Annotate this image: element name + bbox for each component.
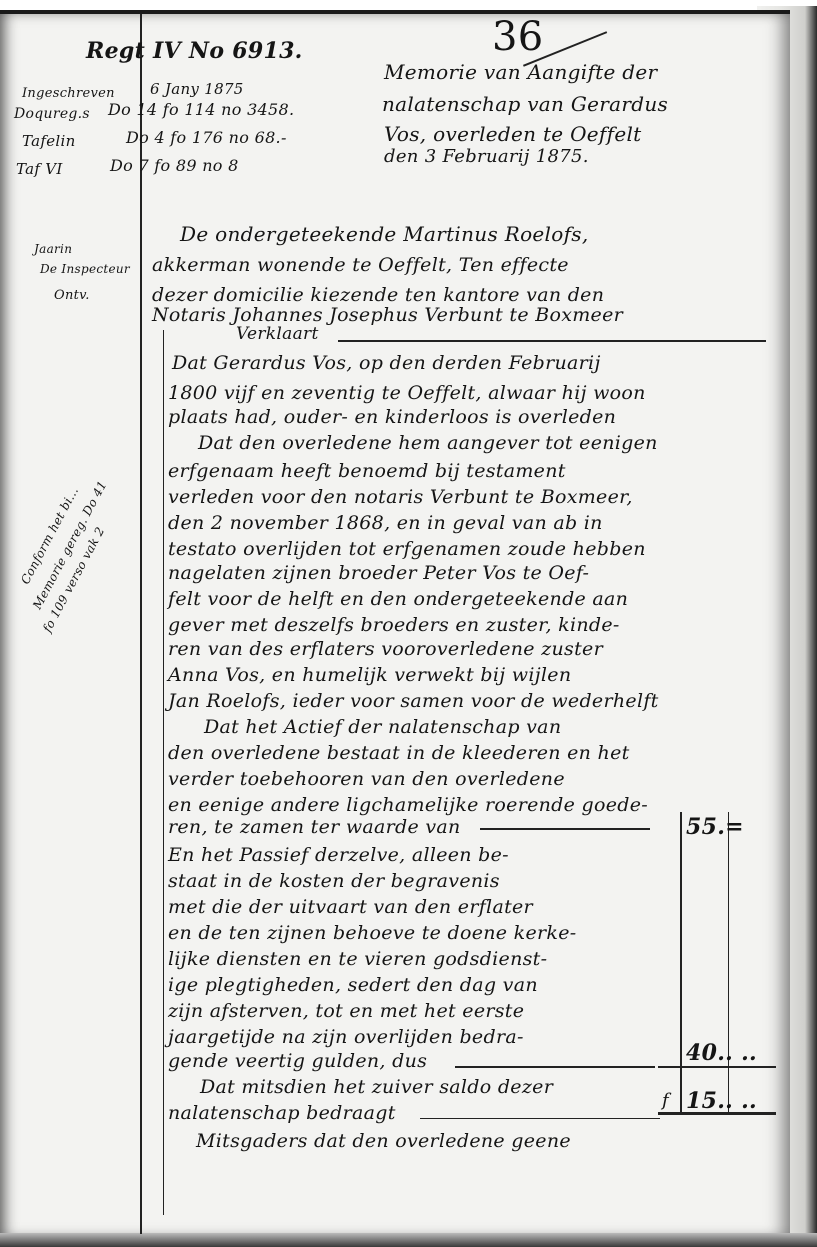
margin-note-signature: Jaarin <box>34 242 72 256</box>
body-line: gende veertig gulden, dus <box>168 1050 427 1072</box>
body-line: ren, te zamen ter waarde van <box>168 816 461 838</box>
body-line: met die der uitvaart van den erflater <box>168 896 533 918</box>
body-line: en de ten zijnen behoeve te doene kerke- <box>168 922 577 944</box>
body-line: erfgenaam heeft benoemd bij testament <box>168 460 566 482</box>
body-line: dezer domicilie kiezende ten kantore van… <box>152 284 604 306</box>
page-bottom-edge <box>0 1233 817 1247</box>
body-line: Anna Vos, en humelijk verwekt bij wijlen <box>168 664 571 686</box>
body-line: lijke diensten en te vieren godsdienst- <box>168 948 547 970</box>
margin-note-signature: Ontv. <box>54 288 90 303</box>
title-line: Vos, overleden te Oeffelt <box>384 122 642 146</box>
body-line: ige plegtigheden, sedert den dag van <box>168 974 538 996</box>
body-line: staat in de kosten der begravenis <box>168 870 500 892</box>
register-line-label: Taf VI <box>16 160 63 178</box>
register-line-label: Ingeschreven <box>22 86 115 101</box>
body-line: zijn afsterven, tot en met het eerste <box>168 1000 524 1022</box>
amount-passief: 40.. .. <box>686 1040 757 1066</box>
register-number: Regt IV No 6913. <box>86 38 303 64</box>
body-line: ren van des erflaters vooroverledene zus… <box>168 638 603 660</box>
register-line-label: Tafelin <box>22 132 76 150</box>
margin-note-signature: De Inspecteur <box>40 262 130 276</box>
register-line-value: Do 4 fo 176 no 68.- <box>126 128 287 147</box>
body-line: nagelaten zijnen broeder Peter Vos te Oe… <box>168 562 589 584</box>
body-line: jaargetijde na zijn overlijden bedra- <box>168 1026 524 1048</box>
body-line: testato overlijden tot erfgenamen zoude … <box>168 538 646 560</box>
body-line: Dat mitsdien het zuiver saldo dezer <box>200 1076 553 1098</box>
register-line-value: Do 14 fo 114 no 3458. <box>108 100 294 119</box>
body-line: den 2 november 1868, en in geval van ab … <box>168 512 603 534</box>
body-line: felt voor de helft en den ondergeteekend… <box>168 588 628 610</box>
passief-total-rule <box>658 1066 776 1068</box>
register-line-value: 6 Jany 1875 <box>150 80 244 98</box>
register-line-value: Do 7 fo 89 no 8 <box>110 156 239 175</box>
title-line: Memorie van Aangifte der <box>384 60 657 84</box>
passief-leader-line <box>455 1066 655 1068</box>
body-line: en eenige andere ligchamelijke roerende … <box>168 794 648 816</box>
body-line: gever met deszelfs broeders en zuster, k… <box>168 614 620 636</box>
amount-saldo: 15.. .. <box>686 1088 757 1114</box>
amount-actief: 55.= <box>686 814 744 840</box>
body-line: Dat het Actief der nalatenschap van <box>204 716 561 738</box>
body-line: plaats had, ouder- en kinderloos is over… <box>168 406 616 428</box>
body-line: Mitsgaders dat den overledene geene <box>196 1130 571 1152</box>
body-line: verleden voor den notaris Verbunt te Box… <box>168 486 633 508</box>
body-line: verder toebehooren van den overledene <box>168 768 565 790</box>
register-line-label: Doqureg.s <box>14 106 90 122</box>
left-margin-rule <box>140 14 142 1234</box>
body-line: Dat Gerardus Vos, op den derden Februari… <box>172 352 601 374</box>
body-line: Dat den overledene hem aangever tot eeni… <box>198 432 658 454</box>
inner-margin-rule <box>163 330 164 1215</box>
body-line: akkerman wonende te Oeffelt, Ten effecte <box>152 254 569 276</box>
currency-mark: f <box>662 1090 669 1111</box>
body-line: Jan Roelofs, ieder voor samen voor de we… <box>168 690 659 712</box>
body-line: den overledene bestaat in de kleederen e… <box>168 742 630 764</box>
page-number: 36 <box>492 14 544 60</box>
verklaart-underline <box>338 340 766 342</box>
title-line: den 3 Februarij 1875. <box>384 146 589 167</box>
body-line: En het Passief derzelve, alleen be- <box>168 844 509 866</box>
body-line: 1800 vijf en zeventig te Oeffelt, alwaar… <box>168 382 646 404</box>
body-line: nalatenschap bedraagt <box>168 1102 396 1124</box>
body-line: De ondergeteekende Martinus Roelofs, <box>180 222 589 246</box>
verklaart-heading: Verklaart <box>236 324 319 344</box>
actief-leader-line <box>480 828 650 830</box>
body-line: Notaris Johannes Josephus Verbunt te Box… <box>152 304 623 326</box>
saldo-leader-line <box>420 1118 660 1119</box>
title-line: nalatenschap van Gerardus <box>382 92 668 116</box>
